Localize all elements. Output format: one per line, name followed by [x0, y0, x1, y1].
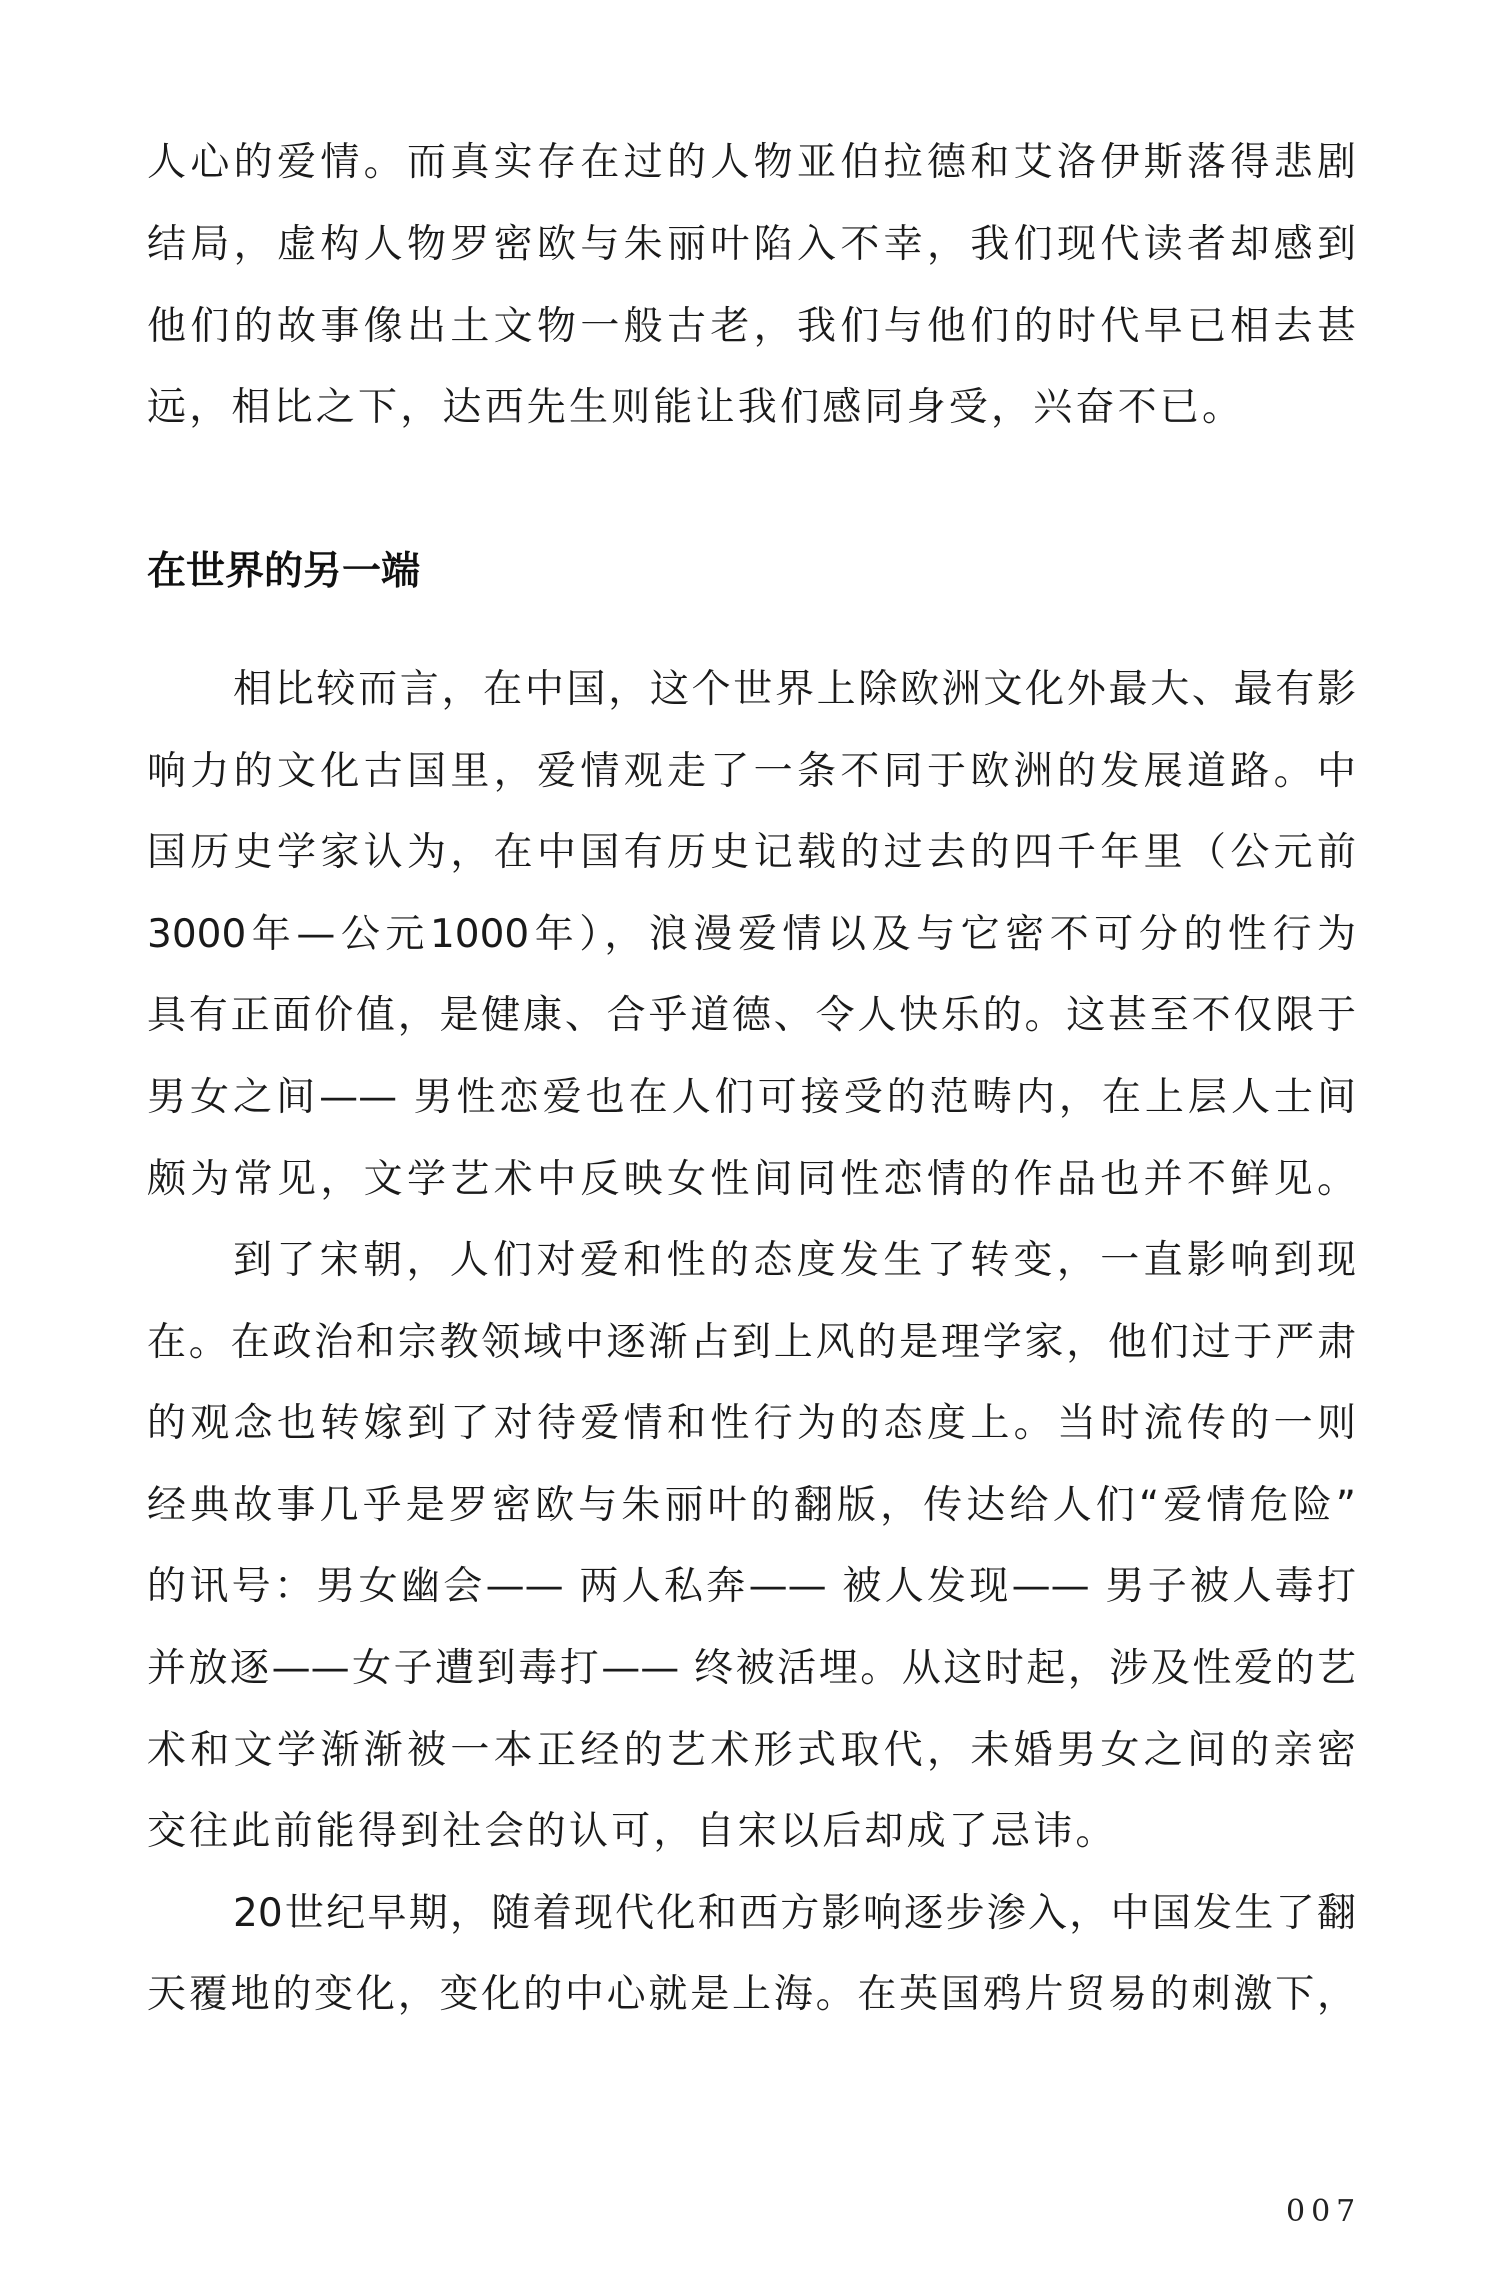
text-line: 天覆地的变化，变化的中心就是上海。在英国鸦片贸易的刺激下， — [147, 1970, 1356, 2020]
text-line: 并放逐——女子遭到毒打—— 终被活埋。从这时起，涉及性爱的艺 — [147, 1644, 1356, 1694]
text-line: 他们的故事像出土文物一般古老，我们与他们的时代早已相去甚 — [147, 302, 1356, 352]
text-line: 国历史学家认为，在中国有历史记载的过去的四千年里（公元前 — [147, 828, 1356, 878]
text-line: 术和文学渐渐被一本正经的艺术形式取代，未婚男女之间的亲密 — [147, 1726, 1356, 1776]
text-line: 男女之间—— 男性恋爱也在人们可接受的范畴内，在上层人士间 — [147, 1073, 1356, 1123]
text-line: 到了宋朝，人们对爱和性的态度发生了转变，一直影响到现 — [233, 1236, 1356, 1286]
text-line: 的讯号：男女幽会—— 两人私奔—— 被人发现—— 男子被人毒打 — [147, 1562, 1356, 1612]
text-line: 3000年—公元1000年），浪漫爱情以及与它密不可分的性行为 — [147, 910, 1356, 960]
text-line: 20世纪早期，随着现代化和西方影响逐步渗入，中国发生了翻 — [233, 1889, 1356, 1939]
text-line: 结局，虚构人物罗密欧与朱丽叶陷入不幸，我们现代读者却感到 — [147, 220, 1356, 270]
text-line: 相比较而言，在中国，这个世界上除欧洲文化外最大、最有影 — [233, 665, 1356, 715]
text-line: 交往此前能得到社会的认可，自宋以后却成了忌讳。 — [147, 1807, 1356, 1857]
text-line: 响力的文化古国里，爱情观走了一条不同于欧洲的发展道路。中 — [147, 747, 1356, 797]
text-line: 具有正面价值，是健康、合乎道德、令人快乐的。这甚至不仅限于 — [147, 991, 1356, 1041]
text-line: 在。在政治和宗教领域中逐渐占到上风的是理学家，他们过于严肃 — [147, 1318, 1356, 1368]
text-line: 人心的爱情。而真实存在过的人物亚伯拉德和艾洛伊斯落得悲剧 — [147, 138, 1356, 188]
text-line: 颇为常见，文学艺术中反映女性间同性恋情的作品也并不鲜见。 — [147, 1155, 1356, 1205]
page-number: 007 — [1286, 2194, 1361, 2229]
text-line: 经典故事几乎是罗密欧与朱丽叶的翻版，传达给人们“爱情危险” — [147, 1481, 1356, 1531]
text-line: 远，相比之下，达西先生则能让我们感同身受，兴奋不已。 — [147, 383, 1356, 433]
section-heading: 在世界的另一端 — [147, 547, 420, 597]
text-line: 的观念也转嫁到了对待爱情和性行为的态度上。当时流传的一则 — [147, 1399, 1356, 1449]
